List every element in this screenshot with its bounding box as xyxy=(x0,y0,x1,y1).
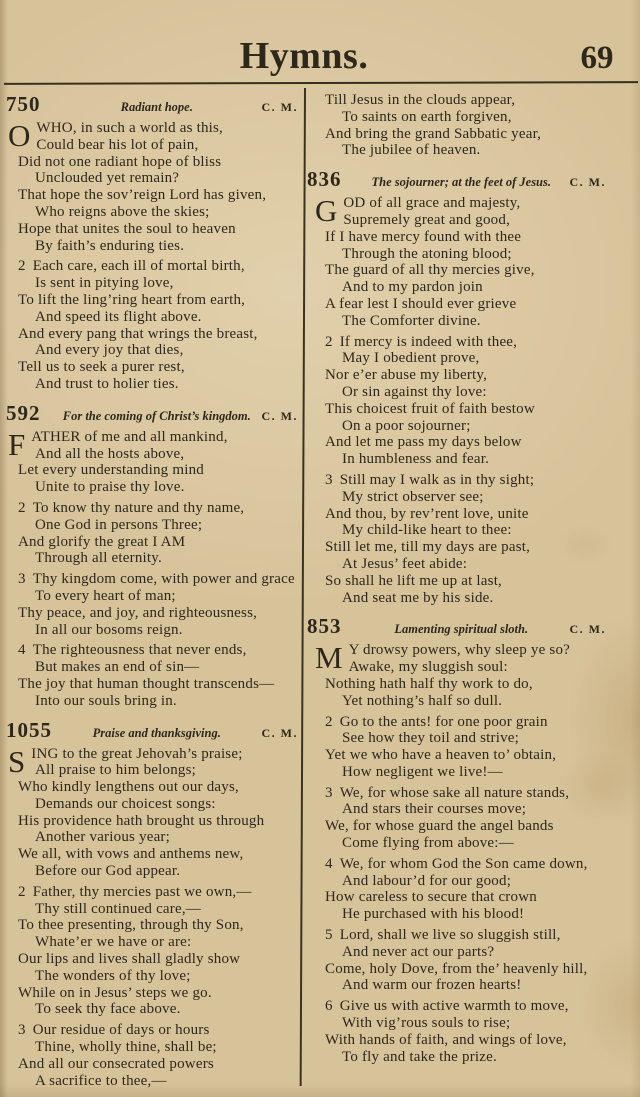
verse-line-text: With hands of faith, and wings of love, xyxy=(325,1032,567,1048)
verse-line: 2Father, thy mercies past we own,— xyxy=(18,884,300,901)
verse-line-text: How negligent we live!— xyxy=(342,764,503,780)
page-title: Hymns. xyxy=(240,34,369,78)
verse-line-text: Supremely great and good, xyxy=(343,212,510,228)
verse-line: The Comforter divine. xyxy=(325,313,634,330)
verse-line: Another various year; xyxy=(18,829,300,846)
verse-line: ING to the great Jehovah’s praise; xyxy=(18,746,300,763)
verse-line: And speed its flight above. xyxy=(18,309,300,326)
verse-line: 3We, for whose sake all nature stands, xyxy=(325,785,634,802)
verse-line-text: Our residue of days or hours xyxy=(33,1022,210,1038)
verse-line-text: And let me pass my days below xyxy=(325,434,522,450)
hymn-title: The sojourner; at the feet of Jesus. xyxy=(353,175,570,190)
verse-line: How negligent we live!— xyxy=(325,764,634,781)
verse-line: And labour’d for our good; xyxy=(325,873,634,890)
verse-line: How careless to secure that crown xyxy=(325,889,634,906)
verse-line: On a poor sojourner; xyxy=(325,418,634,435)
verse-line: And every joy that dies, xyxy=(18,342,300,359)
page-number: 69 xyxy=(581,40,614,77)
verse-line: One God in persons Three; xyxy=(18,517,300,534)
verse-line-text: Demands our choicest songs: xyxy=(35,796,216,812)
verse-line: And warm our frozen hearts! xyxy=(325,977,634,994)
verse-line: A sacrifice to thee,— xyxy=(18,1073,300,1090)
verse-line: Thy still continued care,— xyxy=(18,901,300,918)
verse-line-text: And all the hosts above, xyxy=(35,446,184,462)
verse-number: 3 xyxy=(325,472,333,489)
verse-line-text: Nor e’er abuse my liberty, xyxy=(325,367,487,383)
verse-line-text: Let every understanding mind xyxy=(18,462,204,478)
verse-line-text: But makes an end of sin— xyxy=(35,659,199,675)
verse-line: 2Each care, each ill of mortal birth, xyxy=(18,258,300,275)
stanza: 6Give us with active warmth to move,With… xyxy=(307,998,634,1065)
verse-line: Who reigns above the skies; xyxy=(18,204,300,221)
verse-line: 3Still may I walk as in thy sight; xyxy=(325,472,634,489)
verse-line: See how they toil and strive; xyxy=(325,730,634,747)
verse-line-text: My child-like heart to thee: xyxy=(342,522,512,538)
hymn-number: 836 xyxy=(307,167,353,192)
verse-line: Into our souls bring in. xyxy=(18,693,300,710)
verse-line-text: How careless to secure that crown xyxy=(325,889,537,905)
hymn-number: 1055 xyxy=(6,718,52,743)
hymnal-page: Hymns. 69 750Radiant hope.C. M.OWHO, in … xyxy=(0,0,640,1097)
verse-line: In all our bosoms reign. xyxy=(18,622,300,639)
verse-line-text: Come flying from above:— xyxy=(342,835,514,851)
verse-line: To every heart of man; xyxy=(18,588,300,605)
verse-line: Whate’er we have or are: xyxy=(18,934,300,951)
stanza: 2To know thy nature and thy name,One God… xyxy=(6,500,300,567)
verse-line-text: A fear lest I should ever grieve xyxy=(325,296,516,312)
verse-line-text: Till Jesus in the clouds appear, xyxy=(325,92,515,108)
verse-line: Before our God appear. xyxy=(18,863,300,880)
hymn-title: For the coming of Christ’s kingdom. xyxy=(52,409,262,424)
verse-line-text: To know thy nature and thy name, xyxy=(33,500,245,516)
verse-line-text: By faith’s enduring ties. xyxy=(35,238,184,254)
verse-line: And glorify the great I AM xyxy=(18,534,300,551)
hymn-title: Radiant hope. xyxy=(52,100,262,115)
verse-line-text: Through the atoning blood; xyxy=(342,246,512,262)
verse-line-text: Y drowsy powers, why sleep ye so? xyxy=(349,642,570,658)
verse-line-text: Still may I walk as in thy sight; xyxy=(340,472,535,488)
verse-number: 2 xyxy=(18,500,26,517)
stanza: 2Go to the ants! for one poor grainSee h… xyxy=(307,714,634,781)
verse-line: And let me pass my days below xyxy=(325,434,634,451)
stanza: 3We, for whose sake all nature stands,An… xyxy=(307,785,634,852)
verse-line-text: My strict observer see; xyxy=(342,489,484,505)
verse-line-text: The Comforter divine. xyxy=(342,313,481,329)
verse-line: At Jesus’ feet abide: xyxy=(325,556,634,573)
verse-line-text: Is sent in pitying love, xyxy=(35,275,174,291)
verse-line: My child-like heart to thee: xyxy=(325,522,634,539)
verse-line: The jubilee of heaven. xyxy=(325,142,634,159)
verse-line: We, for whose guard the angel bands xyxy=(325,818,634,835)
verse-number: 3 xyxy=(325,785,333,802)
verse-line-text: Who reigns above the skies; xyxy=(35,204,210,220)
hymn-meter: C. M. xyxy=(262,100,299,115)
verse-line-text: Thy kingdom come, with power and grace xyxy=(33,571,295,587)
verse-line-text: And every joy that dies, xyxy=(35,342,184,358)
hymn-heading: 750Radiant hope.C. M. xyxy=(6,92,300,114)
stanza: MY drowsy powers, why sleep ye so?Awake,… xyxy=(307,642,634,709)
verse-number: 2 xyxy=(325,334,333,351)
verse-line-text: In all our bosoms reign. xyxy=(35,622,183,638)
verse-line-text: The guard of all thy mercies give, xyxy=(325,262,535,278)
verse-line-text: Before our God appear. xyxy=(35,863,180,879)
verse-line: My strict observer see; xyxy=(325,489,634,506)
stanza: FATHER of me and all mankind,And all the… xyxy=(6,429,300,496)
verse-line: This choicest fruit of faith bestow xyxy=(325,401,634,418)
verse-line: The joy that human thought transcends— xyxy=(18,676,300,693)
verse-line-text: May I obedient prove, xyxy=(342,350,480,366)
verse-line: 3Our residue of days or hours xyxy=(18,1022,300,1039)
hymn-title: Lamenting spiritual sloth. xyxy=(353,622,570,637)
verse-line-text: Who kindly lengthens out our days, xyxy=(18,779,239,795)
verse-line: That hope the sov’reign Lord has given, xyxy=(18,187,300,204)
verse-line: While on in Jesus’ steps we go. xyxy=(18,985,300,1002)
verse-line-text: Thy still continued care,— xyxy=(35,901,201,917)
verse-line-text: And to my pardon join xyxy=(342,279,483,295)
verse-line: Come, holy Dove, from the’ heavenly hill… xyxy=(325,961,634,978)
verse-line-text: Each care, each ill of mortal birth, xyxy=(33,258,245,274)
verse-line-text: WHO, in such a world as this, xyxy=(36,120,223,136)
verse-line-text: A sacrifice to thee,— xyxy=(35,1073,167,1089)
verse-line: Y drowsy powers, why sleep ye so? xyxy=(325,642,634,659)
verse-line: 2Go to the ants! for one poor grain xyxy=(325,714,634,731)
left-column: 750Radiant hope.C. M.OWHO, in such a wor… xyxy=(6,88,300,1093)
drop-cap: F xyxy=(8,430,25,462)
verse-line: Did not one radiant hope of bliss xyxy=(18,154,300,171)
verse-line: All praise to him belongs; xyxy=(18,762,300,779)
verse-line-text: At Jesus’ feet abide: xyxy=(342,556,467,572)
verse-line-text: That hope the sov’reign Lord has given, xyxy=(18,187,266,203)
verse-line-text: And never act our parts? xyxy=(342,944,494,960)
stanza: 2If mercy is indeed with thee,May I obed… xyxy=(307,334,634,468)
hymn-number: 750 xyxy=(6,92,52,117)
verse-line: Yet nothing’s half so dull. xyxy=(325,693,634,710)
verse-line-text: Hope that unites the soul to heaven xyxy=(18,221,236,237)
verse-line: Thy peace, and joy, and righteousness, xyxy=(18,605,300,622)
verse-line-text: If mercy is indeed with thee, xyxy=(340,334,517,350)
hymn-heading: 836The sojourner; at the feet of Jesus.C… xyxy=(307,167,634,189)
verse-line: And never act our parts? xyxy=(325,944,634,961)
verse-line: 2If mercy is indeed with thee, xyxy=(325,334,634,351)
verse-line-text: Whate’er we have or are: xyxy=(35,934,191,950)
verse-line: We all, with vows and anthems new, xyxy=(18,846,300,863)
verse-line: And thou, by rev’rent love, unite xyxy=(325,506,634,523)
verse-line: Awake, my sluggish soul: xyxy=(325,659,634,676)
verse-number: 3 xyxy=(18,571,26,588)
verse-line-text: The righteousness that never ends, xyxy=(33,642,247,658)
verse-line-text: We all, with vows and anthems new, xyxy=(18,846,243,862)
drop-cap: M xyxy=(315,643,343,675)
verse-line-text: Another various year; xyxy=(35,829,170,845)
verse-line: To thee presenting, through thy Son, xyxy=(18,917,300,934)
verse-line: And stars their courses move; xyxy=(325,801,634,818)
verse-line: Till Jesus in the clouds appear, xyxy=(325,92,634,109)
verse-line: His providence hath brought us through xyxy=(18,813,300,830)
verse-number: 3 xyxy=(18,1022,26,1039)
drop-cap: O xyxy=(8,121,30,153)
verse-line: Nor e’er abuse my liberty, xyxy=(325,367,634,384)
verse-number: 2 xyxy=(18,884,26,901)
verse-line-text: Yet we who have a heaven to’ obtain, xyxy=(325,747,556,763)
header-rule xyxy=(4,81,638,85)
verse-line-text: Yet nothing’s half so dull. xyxy=(342,693,502,709)
stanza: 5Lord, shall we live so sluggish still,A… xyxy=(307,927,634,994)
verse-line-text: This choicest fruit of faith bestow xyxy=(325,401,535,417)
stanza: 3Still may I walk as in thy sight;My str… xyxy=(307,472,634,606)
verse-number: 2 xyxy=(18,258,26,275)
verse-line-text: Thine, wholly thine, shall be; xyxy=(35,1039,217,1055)
verse-line-text: To every heart of man; xyxy=(35,588,176,604)
verse-line-text: Go to the ants! for one poor grain xyxy=(340,714,548,730)
verse-line: To fly and take the prize. xyxy=(325,1049,634,1066)
verse-line: So shall he lift me up at last, xyxy=(325,573,634,590)
verse-number: 4 xyxy=(325,856,333,873)
verse-number: 5 xyxy=(325,927,333,944)
verse-line: Nothing hath half thy work to do, xyxy=(325,676,634,693)
verse-line: Let every understanding mind xyxy=(18,462,300,479)
verse-line: Our lips and lives shall gladly show xyxy=(18,951,300,968)
verse-line-text: We, for whose sake all nature stands, xyxy=(340,785,569,801)
verse-line-text: To saints on earth forgiven, xyxy=(342,109,512,125)
verse-line-text: On a poor sojourner; xyxy=(342,418,471,434)
stanza: Till Jesus in the clouds appear,To saint… xyxy=(307,92,634,159)
verse-line-text: Give us with active warmth to move, xyxy=(340,998,569,1014)
verse-line: Unite to praise thy love. xyxy=(18,479,300,496)
verse-line-text: If I have mercy found with thee xyxy=(325,229,521,245)
verse-line-text: ING to the great Jehovah’s praise; xyxy=(31,746,242,762)
hymn-number: 853 xyxy=(307,614,353,639)
verse-line: Demands our choicest songs: xyxy=(18,796,300,813)
verse-line: Tell us to seek a purer rest, xyxy=(18,359,300,376)
verse-line: And all our consecrated powers xyxy=(18,1056,300,1073)
stanza: 3Our residue of days or hoursThine, whol… xyxy=(6,1022,300,1089)
verse-line: And seat me by his side. xyxy=(325,590,634,607)
stanza: 4We, for whom God the Son came down,And … xyxy=(307,856,634,923)
verse-line-text: And thou, by rev’rent love, unite xyxy=(325,506,529,522)
verse-line: In humbleness and fear. xyxy=(325,451,634,468)
verse-line: 4We, for whom God the Son came down, xyxy=(325,856,634,873)
verse-line: Or sin against thy love: xyxy=(325,384,634,401)
hymn-meter: C. M. xyxy=(262,409,299,424)
verse-line: Is sent in pitying love, xyxy=(18,275,300,292)
verse-line: 2To know thy nature and thy name, xyxy=(18,500,300,517)
verse-line-text: And bring the grand Sabbatic year, xyxy=(325,126,541,142)
stanza: 3Thy kingdom come, with power and graceT… xyxy=(6,571,300,638)
verse-line-text: And every pang that wrings the breast, xyxy=(18,326,258,342)
verse-line-text: And warm our frozen hearts! xyxy=(342,977,522,993)
verse-line-text: And trust to holier ties. xyxy=(35,376,179,392)
verse-line: He purchased with his blood! xyxy=(325,906,634,923)
verse-line-text: Still let me, till my days are past, xyxy=(325,539,530,555)
verse-line: And every pang that wrings the breast, xyxy=(18,326,300,343)
verse-line: And bring the grand Sabbatic year, xyxy=(325,126,634,143)
hymn-meter: C. M. xyxy=(262,726,299,741)
verse-line: To lift the ling’ring heart from earth, xyxy=(18,292,300,309)
verse-line-text: Could bear his lot of pain, xyxy=(36,137,198,153)
verse-line-text: Tell us to seek a purer rest, xyxy=(18,359,185,375)
verse-line: May I obedient prove, xyxy=(325,350,634,367)
verse-line: Unclouded yet remain? xyxy=(18,170,300,187)
verse-line-text: We, for whom God the Son came down, xyxy=(340,856,588,872)
verse-line: The wonders of thy love; xyxy=(18,968,300,985)
verse-line: Through all eternity. xyxy=(18,550,300,567)
verse-line: Come flying from above:— xyxy=(325,835,634,852)
hymn-meter: C. M. xyxy=(570,622,607,637)
verse-line: 6Give us with active warmth to move, xyxy=(325,998,634,1015)
verse-line-text: Nothing hath half thy work to do, xyxy=(325,676,533,692)
verse-line: ATHER of me and all mankind, xyxy=(18,429,300,446)
hymn-heading: 1055Praise and thanksgiving.C. M. xyxy=(6,718,300,740)
verse-line: Who kindly lengthens out our days, xyxy=(18,779,300,796)
verse-line-text: We, for whose guard the angel bands xyxy=(325,818,554,834)
verse-line-text: And glorify the great I AM xyxy=(18,534,185,550)
verse-line: And to my pardon join xyxy=(325,279,634,296)
verse-line: Supremely great and good, xyxy=(325,212,634,229)
stanza: 2Each care, each ill of mortal birth,Is … xyxy=(6,258,300,392)
hymn-number: 592 xyxy=(6,401,52,426)
verse-line: Could bear his lot of pain, xyxy=(18,137,300,154)
verse-line: WHO, in such a world as this, xyxy=(18,120,300,137)
verse-line-text: The wonders of thy love; xyxy=(35,968,191,984)
verse-line-text: Awake, my sluggish soul: xyxy=(349,659,508,675)
verse-line-text: The joy that human thought transcends— xyxy=(18,676,274,692)
hymn-heading: 853Lamenting spiritual sloth.C. M. xyxy=(307,614,634,636)
verse-line: To seek thy face above. xyxy=(18,1001,300,1018)
verse-line-text: Father, thy mercies past we own,— xyxy=(33,884,252,900)
hymn-heading: 592For the coming of Christ’s kingdom.C.… xyxy=(6,401,300,423)
verse-line: But makes an end of sin— xyxy=(18,659,300,676)
stanza: OWHO, in such a world as this,Could bear… xyxy=(6,120,300,254)
column-divider xyxy=(300,88,306,1086)
verse-line-text: Come, holy Dove, from the’ heavenly hill… xyxy=(325,961,587,977)
drop-cap: G xyxy=(315,196,337,228)
verse-line: Hope that unites the soul to heaven xyxy=(18,221,300,238)
verse-line-text: Did not one radiant hope of bliss xyxy=(18,154,221,170)
verse-line: With hands of faith, and wings of love, xyxy=(325,1032,634,1049)
verse-line-text: To seek thy face above. xyxy=(35,1001,181,1017)
verse-line: If I have mercy found with thee xyxy=(325,229,634,246)
verse-line-text: And labour’d for our good; xyxy=(342,873,511,889)
verse-line: Through the atoning blood; xyxy=(325,246,634,263)
verse-line: A fear lest I should ever grieve xyxy=(325,296,634,313)
verse-line-text: To thee presenting, through thy Son, xyxy=(18,917,244,933)
verse-line-text: See how they toil and strive; xyxy=(342,730,519,746)
hymn-title: Praise and thanksgiving. xyxy=(52,726,262,741)
verse-number: 2 xyxy=(325,714,333,731)
verse-line-text: ATHER of me and all mankind, xyxy=(31,429,227,445)
verse-line-text: To fly and take the prize. xyxy=(342,1049,497,1065)
drop-cap: S xyxy=(8,747,25,779)
verse-line-text: Through all eternity. xyxy=(35,550,162,566)
verse-line-text: His providence hath brought us through xyxy=(18,813,264,829)
verse-line: To saints on earth forgiven, xyxy=(325,109,634,126)
verse-line-text: OD of all grace and majesty, xyxy=(343,195,520,211)
verse-line-text: Or sin against thy love: xyxy=(342,384,487,400)
verse-line: OD of all grace and majesty, xyxy=(325,195,634,212)
verse-line-text: So shall he lift me up at last, xyxy=(325,573,502,589)
verse-line-text: Our lips and lives shall gladly show xyxy=(18,951,240,967)
verse-line: And all the hosts above, xyxy=(18,446,300,463)
verse-line-text: One God in persons Three; xyxy=(35,517,202,533)
verse-line-text: And seat me by his side. xyxy=(342,590,493,606)
verse-line-text: And stars their courses move; xyxy=(342,801,526,817)
verse-line-text: And speed its flight above. xyxy=(35,309,202,325)
verse-line-text: With vig’rous souls to rise; xyxy=(342,1015,510,1031)
verse-line: The guard of all thy mercies give, xyxy=(325,262,634,279)
stanza: SING to the great Jehovah’s praise;All p… xyxy=(6,746,300,880)
verse-line-text: In humbleness and fear. xyxy=(342,451,489,467)
stanza: 2Father, thy mercies past we own,—Thy st… xyxy=(6,884,300,1018)
hymn-meter: C. M. xyxy=(570,175,607,190)
verse-line-text: Unclouded yet remain? xyxy=(35,170,179,186)
stanza: GOD of all grace and majesty,Supremely g… xyxy=(307,195,634,329)
verse-line-text: The jubilee of heaven. xyxy=(342,142,481,158)
verse-line-text: Lord, shall we live so sluggish still, xyxy=(340,927,561,943)
verse-line: With vig’rous souls to rise; xyxy=(325,1015,634,1032)
verse-line-text: All praise to him belongs; xyxy=(35,762,196,778)
verse-line-text: Thy peace, and joy, and righteousness, xyxy=(18,605,257,621)
verse-line: Still let me, till my days are past, xyxy=(325,539,634,556)
verse-line: 3Thy kingdom come, with power and grace xyxy=(18,571,300,588)
verse-line: Yet we who have a heaven to’ obtain, xyxy=(325,747,634,764)
verse-line: By faith’s enduring ties. xyxy=(18,238,300,255)
verse-number: 6 xyxy=(325,998,333,1015)
right-column: Till Jesus in the clouds appear,To saint… xyxy=(307,88,634,1069)
verse-line-text: Unite to praise thy love. xyxy=(35,479,185,495)
verse-line: And trust to holier ties. xyxy=(18,376,300,393)
verse-line-text: To lift the ling’ring heart from earth, xyxy=(18,292,245,308)
verse-number: 4 xyxy=(18,642,26,659)
verse-line-text: Into our souls bring in. xyxy=(35,693,177,709)
verse-line-text: And all our consecrated powers xyxy=(18,1056,214,1072)
verse-line-text: While on in Jesus’ steps we go. xyxy=(18,985,212,1001)
stanza: 4The righteousness that never ends,But m… xyxy=(6,642,300,709)
verse-line: Thine, wholly thine, shall be; xyxy=(18,1039,300,1056)
verse-line: 5Lord, shall we live so sluggish still, xyxy=(325,927,634,944)
verse-line: 4The righteousness that never ends, xyxy=(18,642,300,659)
verse-line-text: He purchased with his blood! xyxy=(342,906,524,922)
